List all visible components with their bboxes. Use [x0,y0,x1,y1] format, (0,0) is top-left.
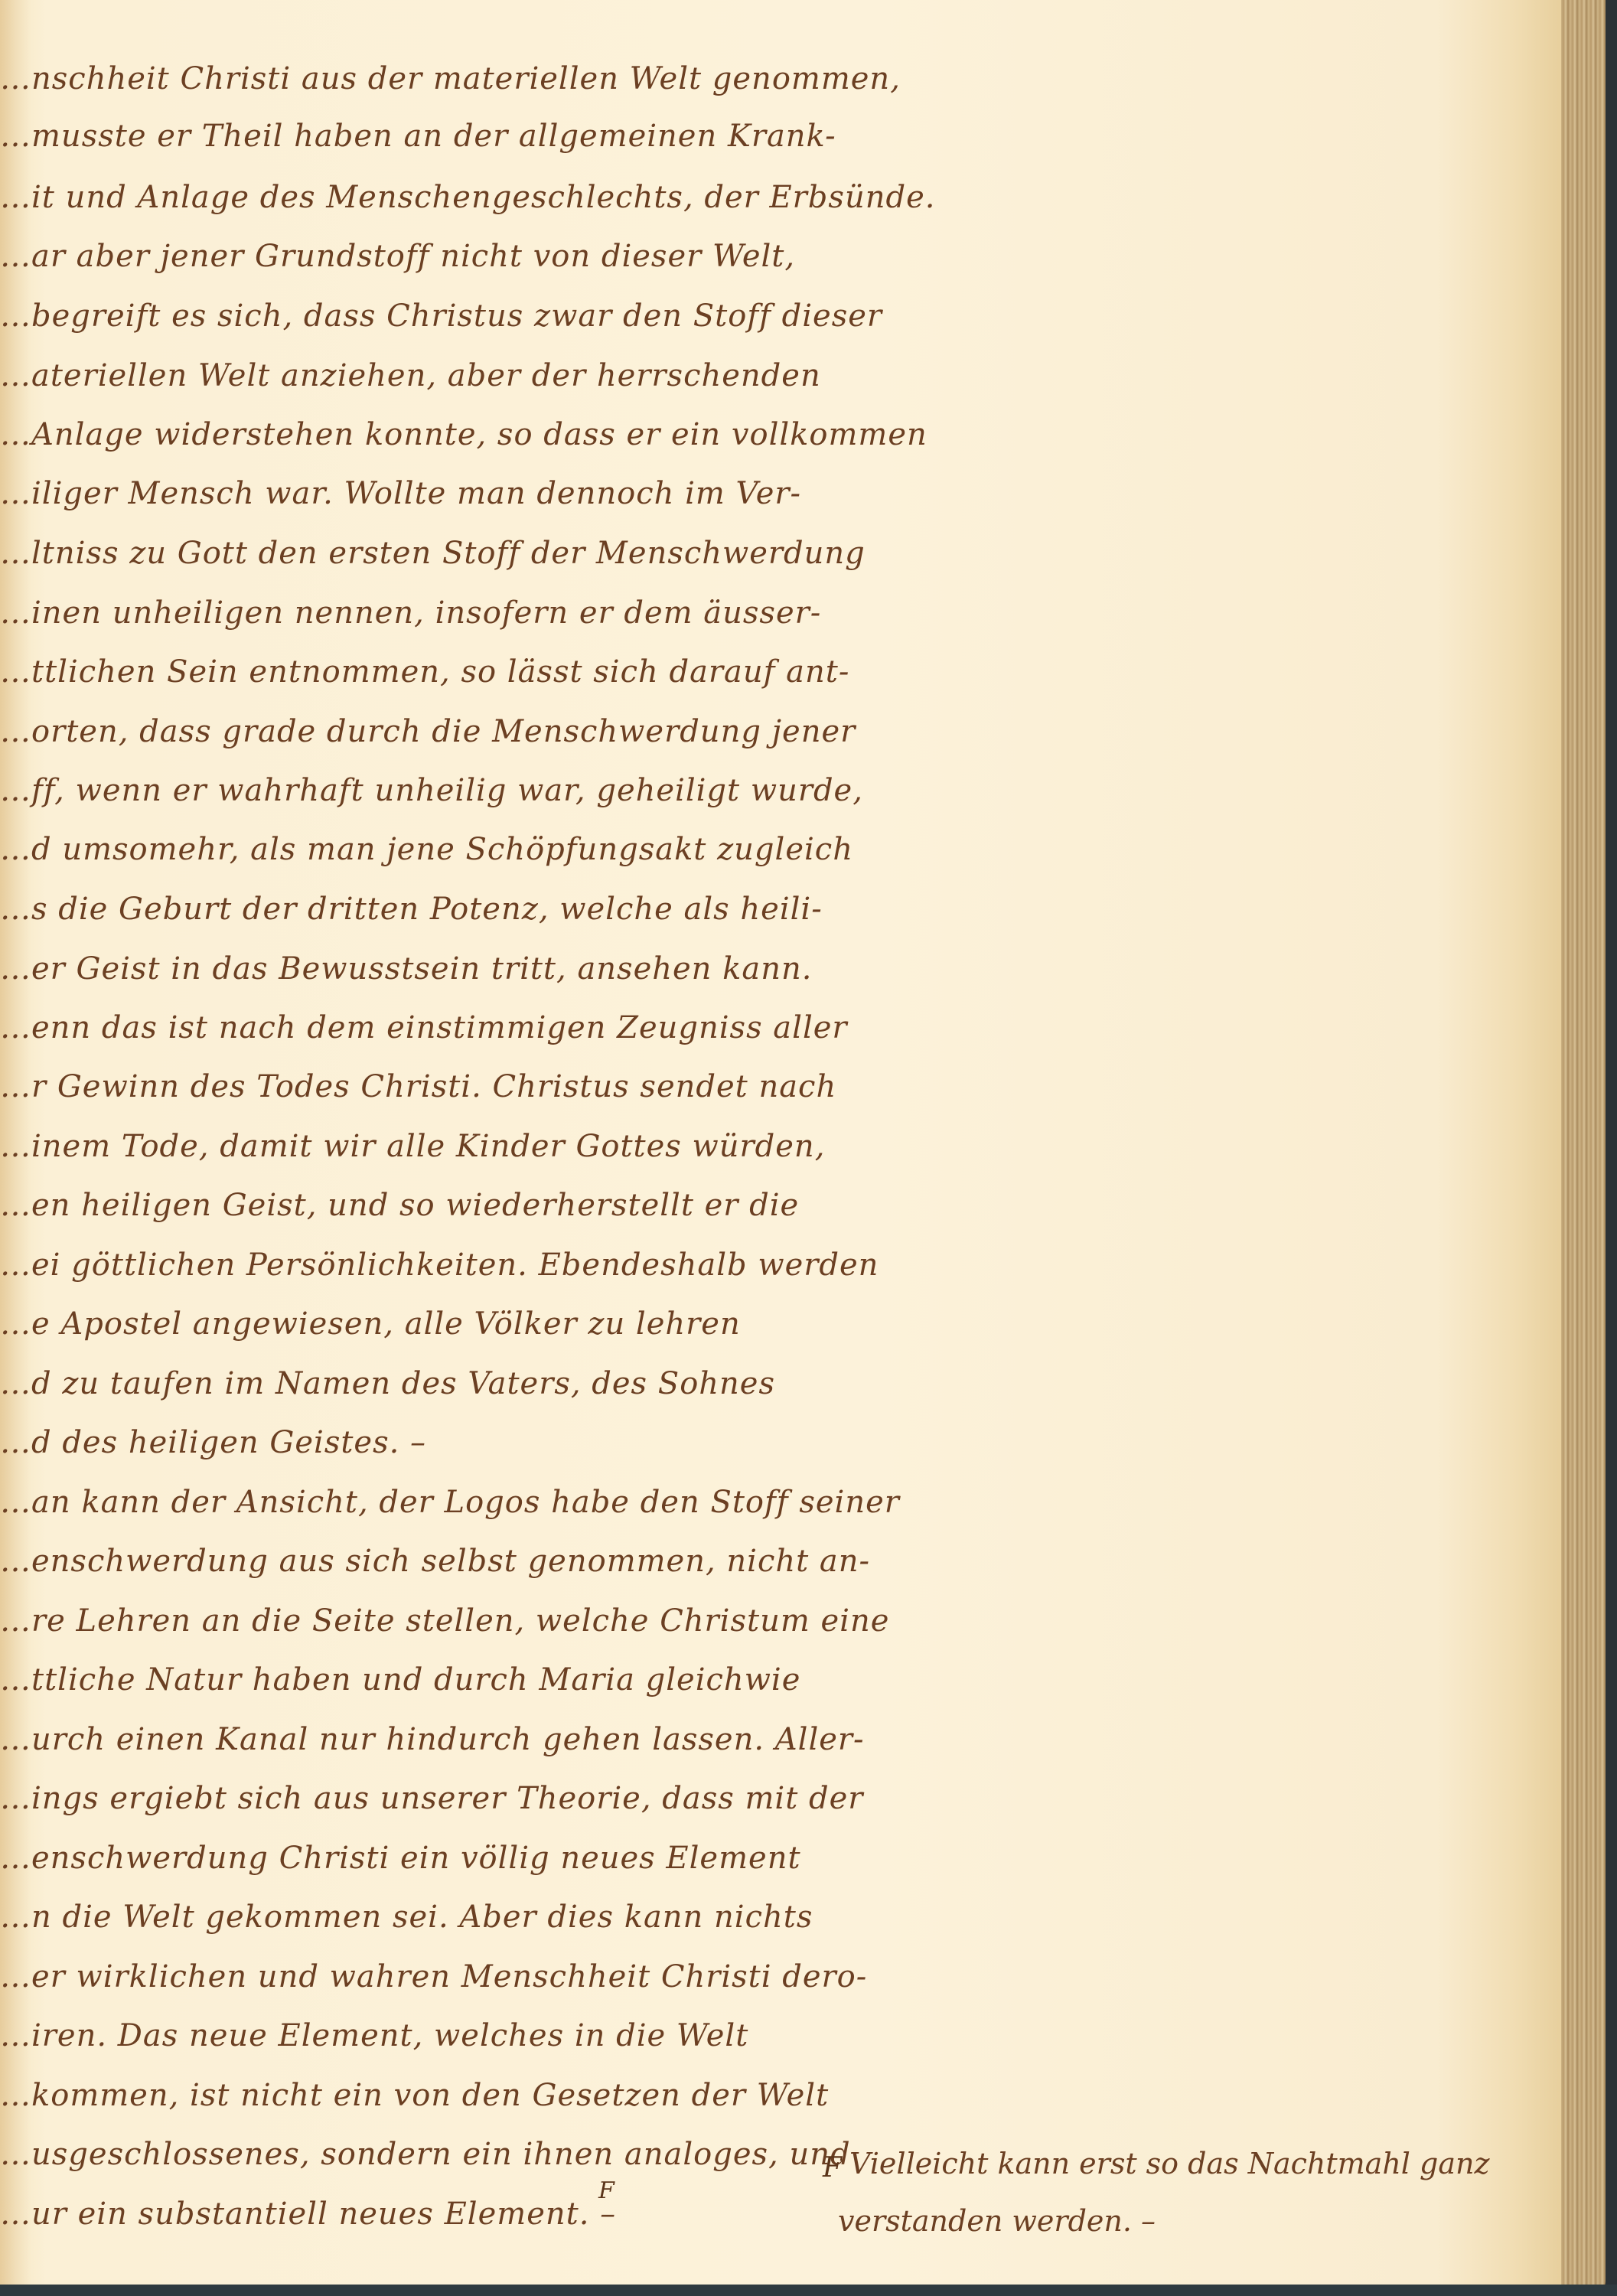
text-line: …e Apostel angewiesen, alle Völker zu le… [0,1306,741,1342]
text-line: …an kann der Ansicht, der Logos habe den… [0,1485,900,1520]
book-cover-edge [1606,0,1617,2296]
text-line: …n die Welt gekommen sei. Aber dies kann… [0,1900,813,1935]
text-line: …d zu taufen im Namen des Vaters, des So… [0,1366,775,1401]
text-line: …nschheit Christi aus der materiellen We… [0,61,901,96]
footnote-line: Vielleicht kann erst so das Nachtmahl ga… [849,2147,1490,2180]
text-line: …inem Tode, damit wir alle Kinder Gottes… [0,1129,825,1164]
text-line: …re Lehren an die Seite stellen, welche … [0,1603,889,1639]
text-line: …begreift es sich, dass Christus zwar de… [0,298,882,334]
text-line: …musste er Theil haben an der allgemeine… [0,119,836,154]
book-page-edges [1561,0,1607,2288]
book-cover-bottom [0,2285,1617,2296]
text-line: …r Gewinn des Todes Christi. Christus se… [0,1069,836,1104]
text-line: …ings ergiebt sich aus unserer Theorie, … [0,1781,863,1816]
text-line: …er Geist in das Bewusstsein tritt, anse… [0,951,812,987]
manuscript-page: …nschheit Christi aus der materiellen We… [0,0,1561,2285]
text-line: …enschwerdung Christi ein völlig neues E… [0,1841,801,1876]
text-line: …kommen, ist nicht ein von den Gesetzen … [0,2078,829,2113]
text-line: …en heiligen Geist, und so wiederherstel… [0,1188,799,1223]
footnote-line: verstanden werden. – [838,2204,1156,2238]
text-line: …Anlage widerstehen konnte, so dass er e… [0,417,927,452]
text-line: …it und Anlage des Menschengeschlechts, … [0,180,935,215]
text-line: …d des heiligen Geistes. – [0,1425,426,1460]
text-line: …orten, dass grade durch die Menschwerdu… [0,714,856,749]
text-line: …enschwerdung aus sich selbst genommen, … [0,1544,870,1579]
text-line: …inen unheiligen nennen, insofern er dem… [0,595,821,631]
text-line: …er wirklichen und wahren Menschheit Chr… [0,1959,867,1994]
text-line: …d umsomehr, als man jene Schöpfungsakt … [0,832,853,867]
text-line: …ltniss zu Gott den ersten Stoff der Men… [0,536,866,571]
text-line: …ur ein substantiell neues Element. – [0,2197,616,2232]
text-line: …ttliche Natur haben und durch Maria gle… [0,1662,800,1698]
text-line: …s die Geburt der dritten Potenz, welche… [0,892,823,927]
text-line: …urch einen Kanal nur hindurch gehen las… [0,1722,865,1757]
text-line: …ateriellen Welt anziehen, aber der herr… [0,358,821,393]
text-line: …ff, wenn er wahrhaft unheilig war, gehe… [0,773,863,808]
text-line: …enn das ist nach dem einstimmigen Zeugn… [0,1010,848,1045]
text-line: …iliger Mensch war. Wollte man dennoch i… [0,476,801,511]
text-line: …ttlichen Sein entnommen, so lässt sich … [0,654,849,690]
text-line: …usgeschlossenes, sondern ein ihnen anal… [0,2137,851,2172]
text-line: …iren. Das neue Element, welches in die … [0,2018,748,2053]
footnote-marker: F [823,2152,842,2183]
text-line: …ei göttlichen Persönlichkeiten. Ebendes… [0,1247,879,1283]
text-line: …ar aber jener Grundstoff nicht von dies… [0,239,795,274]
footnote-reference-mark: F [598,2177,615,2204]
